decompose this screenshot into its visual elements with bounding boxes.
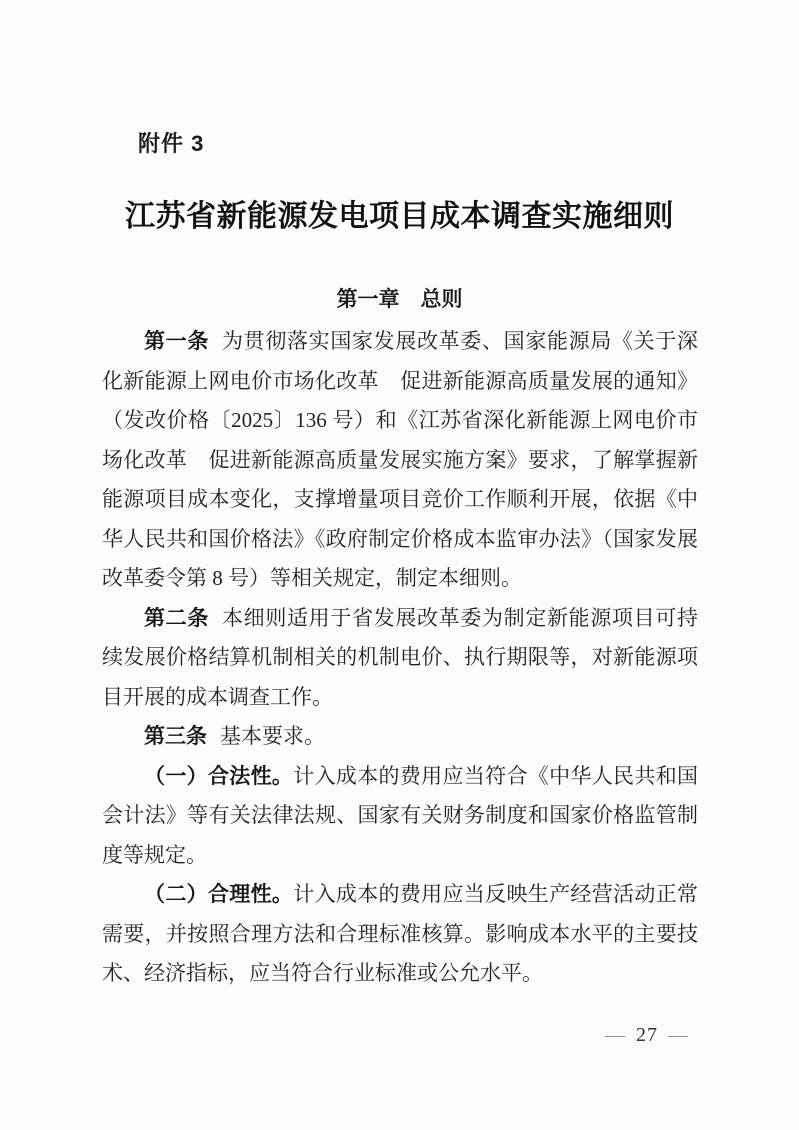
document-page: 附件 3 江苏省新能源发电项目成本调查实施细则 第一章 总则 第一条为贯彻落实国… — [0, 0, 799, 1130]
page-number-right-dash: — — [668, 1024, 689, 1046]
attachment-label: 附件 3 — [138, 127, 204, 158]
item-1-paragraph: （一）合法性。计入成本的费用应当符合《中华人民共和国会计法》等有关法律法规、国家… — [102, 757, 698, 876]
article-1-label: 第一条 — [144, 330, 209, 353]
article-3-paragraph: 第三条基本要求。 — [102, 717, 698, 757]
page-number-value: 27 — [636, 1024, 658, 1046]
page-number-left-dash: — — [605, 1024, 626, 1046]
document-body: 第一条为贯彻落实国家发展改革委、国家能源局《关于深化新能源上网电价市场化改革 促… — [102, 322, 698, 994]
chapter-heading: 第一章 总则 — [0, 286, 799, 314]
article-3-text: 基本要求。 — [220, 724, 325, 748]
item-1-label: （一）合法性。 — [144, 765, 293, 788]
item-2-label: （二）合理性。 — [144, 883, 293, 906]
page-number: —27— — [595, 1021, 699, 1049]
article-3-label: 第三条 — [144, 725, 207, 748]
article-2-paragraph: 第二条本细则适用于省发展改革委为制定新能源项目可持续发展价格结算机制相关的机制电… — [102, 599, 698, 718]
item-2-paragraph: （二）合理性。计入成本的费用应当反映生产经营活动正常需要，并按照合理方法和合理标… — [102, 875, 698, 994]
article-2-label: 第二条 — [144, 607, 209, 630]
article-1-text: 为贯彻落实国家发展改革委、国家能源局《关于深化新能源上网电价市场化改革 促进新能… — [102, 329, 698, 590]
document-title: 江苏省新能源发电项目成本调查实施细则 — [0, 194, 799, 240]
article-1-paragraph: 第一条为贯彻落实国家发展改革委、国家能源局《关于深化新能源上网电价市场化改革 促… — [102, 322, 698, 599]
